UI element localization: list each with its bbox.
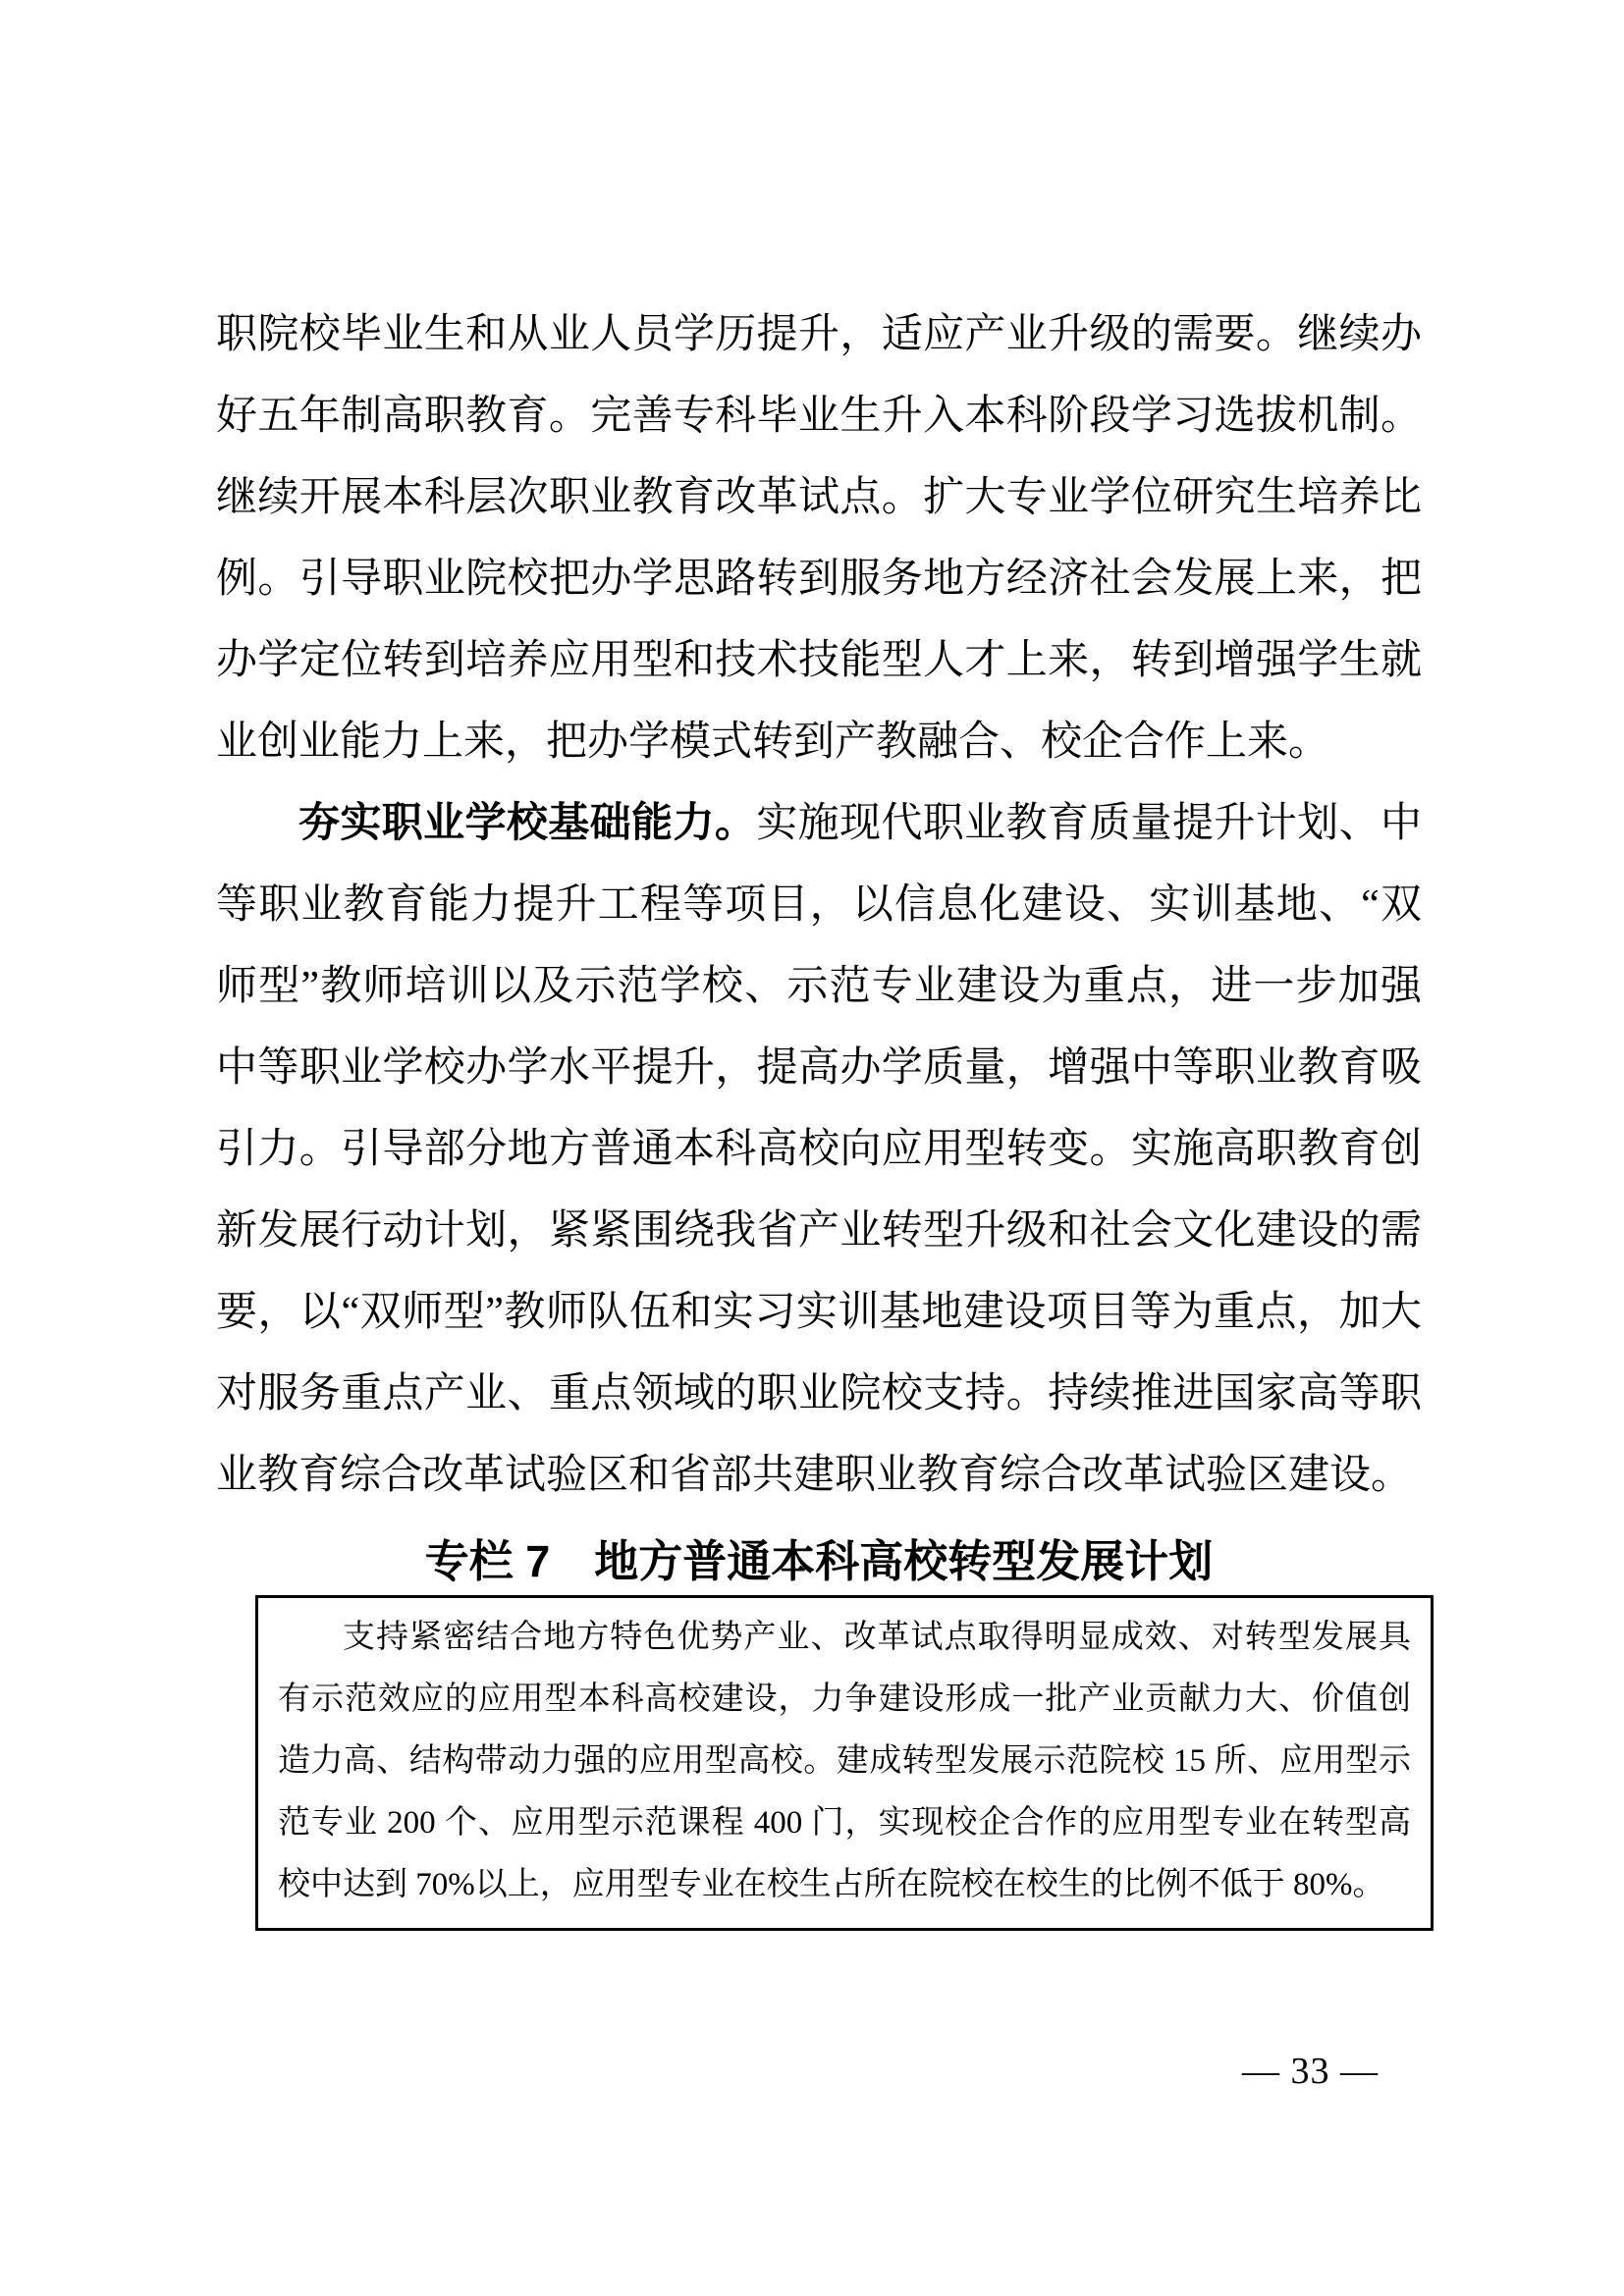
paragraph-continuation: 职院校毕业生和从业人员学历提升，适应产业升级的需要。继续办好五年制高职教育。完善… — [216, 294, 1422, 783]
paragraph-foundation-capacity: 夯实职业学校基础能力。实施现代职业教育质量提升计划、中等职业教育能力提升工程等项… — [216, 783, 1422, 1517]
page-number: — 33 — — [1242, 2050, 1379, 2093]
body-text: 职院校毕业生和从业人员学历提升，适应产业升级的需要。继续办好五年制高职教育。完善… — [216, 294, 1422, 1517]
panel-7-title: 专栏 7 地方普通本科高校转型发展计划 — [216, 1534, 1422, 1589]
paragraph-foundation-capacity-text: 实施现代职业教育质量提升计划、中等职业教育能力提升工程等项目，以信息化建设、实训… — [216, 801, 1422, 1498]
document-page: 职院校毕业生和从业人员学历提升，适应产业升级的需要。继续办好五年制高职教育。完善… — [0, 0, 1624, 2296]
paragraph-bold-lead: 夯实职业学校基础能力。 — [298, 801, 756, 846]
panel-7-box: 支持紧密结合地方特色优势产业、改革试点取得明显成效、对转型发展具有示范效应的应用… — [255, 1595, 1434, 1931]
panel-7-body: 支持紧密结合地方特色优势产业、改革试点取得明显成效、对转型发展具有示范效应的应用… — [258, 1598, 1431, 1925]
paragraph-continuation-text: 职院校毕业生和从业人员学历提升，适应产业升级的需要。继续办好五年制高职教育。完善… — [216, 312, 1422, 765]
